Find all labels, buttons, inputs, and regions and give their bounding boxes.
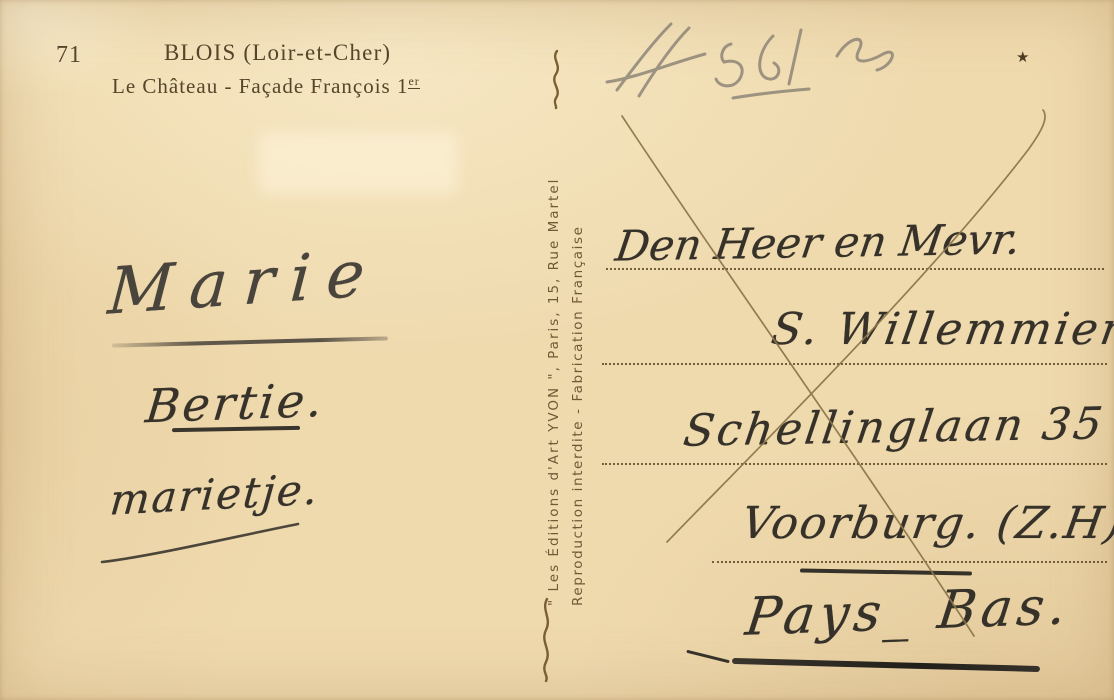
cancel-cross [0,0,1114,700]
postcard-back: 71 BLOIS (Loir-et-Cher) Le Château - Faç… [0,0,1114,700]
